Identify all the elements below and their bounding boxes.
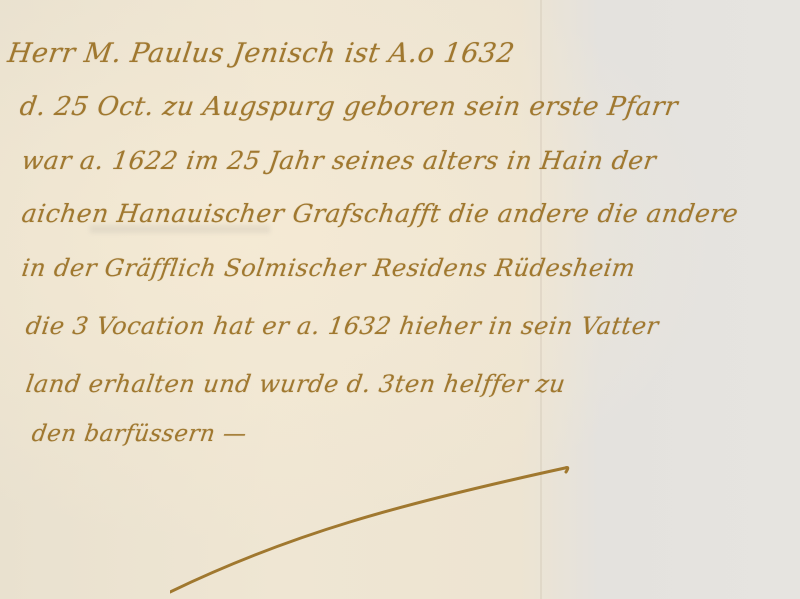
- manuscript-line: den barfüssern —: [30, 421, 248, 447]
- manuscript-line: die 3 Vocation hat er a. 1632 hieher in …: [24, 312, 661, 340]
- pen-flourish-stroke: [170, 464, 570, 594]
- manuscript-line: war a. 1622 im 25 Jahr seines alters in …: [20, 146, 658, 175]
- manuscript-line: land erhalten und wurde d. 3ten helffer …: [24, 370, 567, 398]
- manuscript-line: aichen Hanauischer Grafschafft die ander…: [20, 199, 740, 228]
- manuscript-line: in der Gräfflich Solmischer Residens Rüd…: [20, 254, 637, 282]
- manuscript-line: d. 25 Oct. zu Augspurg geboren sein erst…: [18, 92, 680, 122]
- manuscript-line: Herr M. Paulus Jenisch ist A.o 1632: [6, 38, 517, 69]
